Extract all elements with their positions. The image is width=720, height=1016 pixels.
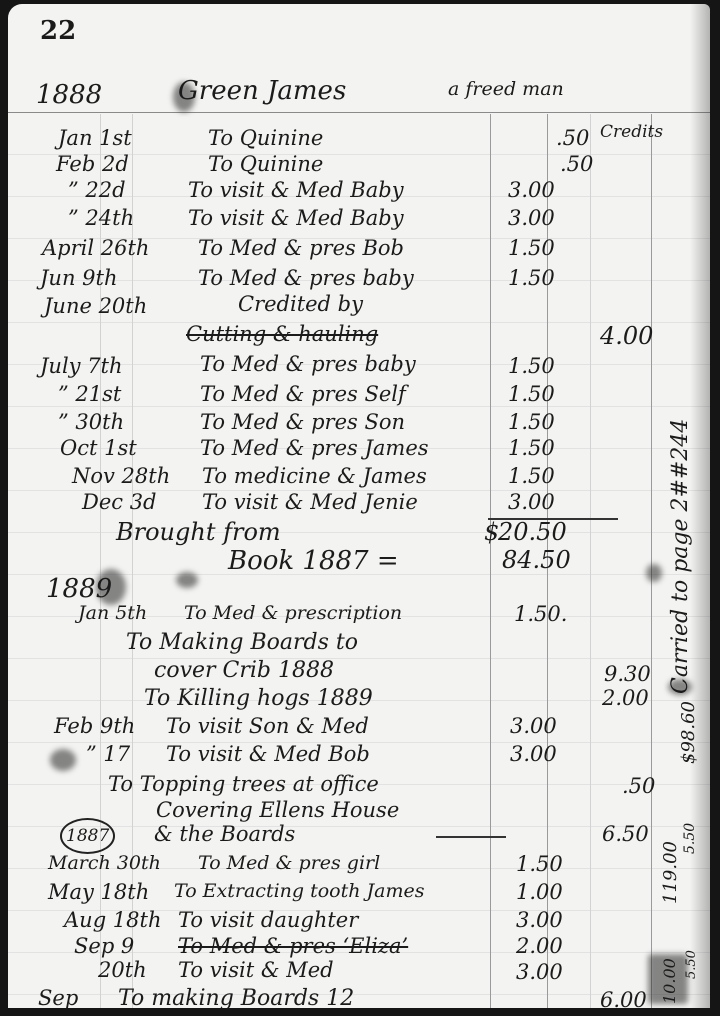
entry-desc: To Med & pres baby — [198, 266, 414, 290]
entry-credit: 6.50 — [602, 822, 649, 846]
entry-date: Sep — [38, 986, 78, 1008]
entry-date: ” 17 — [86, 742, 130, 766]
margin-circled-year: 1887 — [60, 818, 115, 854]
brought-from-label: Brought from — [116, 518, 281, 546]
entry-date: April 26th — [42, 236, 149, 260]
entry-amount: 3.00 — [510, 714, 557, 738]
rule — [8, 532, 710, 533]
entry-desc: To visit & Med Baby — [188, 178, 404, 202]
entry-desc: To Med & pres James — [200, 436, 429, 460]
entry-credit: 6.00 — [600, 988, 647, 1008]
entry-desc: To visit & Med Bob — [166, 742, 370, 766]
entry-desc: To Med & pres Son — [200, 410, 405, 434]
entry-date: ” 22d — [68, 178, 126, 202]
entry-amount: 1.50 — [508, 436, 555, 460]
entry-amount: 1.50 — [516, 852, 563, 876]
entry-credit: 4.00 — [600, 322, 653, 350]
margin-total: 5.50 — [684, 950, 699, 979]
entry-desc: & the Boards — [154, 822, 295, 846]
entry-date: Sep 9 — [74, 934, 134, 958]
subtotal-amount: 20.50 — [498, 518, 567, 546]
entry-desc: To Killing hogs 1889 — [144, 686, 373, 711]
entry-date: Feb 2d — [56, 152, 129, 176]
entry-date: Jan 5th — [78, 602, 147, 624]
entry-date: ” 30th — [58, 410, 124, 434]
subtotal-currency: $ — [484, 518, 499, 546]
entry-amount: 1.50 — [508, 266, 555, 290]
margin-total: 10.00 — [660, 958, 679, 1004]
margin-total: 5.50 — [682, 823, 698, 854]
entry-date: March 30th — [48, 852, 161, 874]
entry-date: Oct 1st — [60, 436, 137, 460]
entry-desc: To Med & pres girl — [198, 852, 380, 874]
entry-date: Dec 3d — [82, 490, 157, 514]
margin-total: 119.00 — [660, 841, 681, 904]
entry-amount: 1.50 — [508, 410, 555, 434]
entry-desc: To Making Boards to — [126, 630, 358, 655]
entry-desc: To Med & pres ‘Eliza’ — [178, 934, 408, 958]
entry-amount: 3.00 — [516, 908, 563, 932]
entry-desc: cover Crib 1888 — [154, 658, 334, 683]
ink-smudge — [176, 572, 198, 588]
column-rule — [590, 114, 591, 1008]
carried-to-page-note: Carried to page 2##244 — [668, 419, 693, 694]
entry-desc: To making Boards 12 — [118, 986, 354, 1008]
entry-desc: Cutting & hauling — [186, 322, 378, 346]
year-1889: 1889 — [46, 574, 112, 604]
entry-desc: To Med & pres Bob — [198, 236, 404, 260]
entry-desc: To Med & pres baby — [200, 352, 416, 376]
entry-desc: To Topping trees at office — [108, 772, 379, 796]
ledger-page: 22 1888 Green James a freed man Credits … — [8, 4, 710, 1008]
entry-desc: To visit & Med Baby — [188, 206, 404, 230]
entry-amount: 2.00 — [516, 934, 563, 958]
rule — [8, 406, 710, 407]
entry-amount: 1.50 — [508, 382, 555, 406]
entry-desc: Credited by — [238, 292, 363, 316]
rule-mark — [436, 836, 506, 838]
ink-smudge — [646, 564, 662, 582]
entry-date: Nov 28th — [72, 464, 170, 488]
entry-desc: To visit & Med Jenie — [202, 490, 418, 514]
entry-date: Feb 9th — [54, 714, 135, 738]
column-rule — [490, 114, 491, 1008]
entry-amount: 1.50 — [508, 236, 555, 260]
entry-amount: 1.50 — [508, 464, 555, 488]
entry-date: Aug 18th — [64, 908, 162, 932]
entry-date: 20th — [98, 958, 147, 982]
entry-date: Jun 9th — [40, 266, 117, 290]
margin-total: $98.60 — [678, 701, 699, 764]
entry-amount: 3.00 — [508, 206, 555, 230]
header-rule — [8, 112, 710, 113]
entry-date: July 7th — [40, 354, 123, 378]
entry-desc: To medicine & James — [202, 464, 427, 488]
entry-amount: 3.00 — [508, 490, 555, 514]
entry-desc: To Med & prescription — [184, 602, 402, 624]
entry-amount: 3.00 — [508, 178, 555, 202]
entry-amount: 1.00 — [516, 880, 563, 904]
brought-forward-amount: 84.50 — [502, 546, 571, 574]
entry-credit: .50 — [622, 774, 655, 798]
entry-desc: Covering Ellens House — [156, 798, 399, 822]
rule — [8, 658, 710, 659]
credits-label: Credits — [600, 122, 663, 142]
page-number: 22 — [40, 16, 76, 46]
entry-amount: 3.00 — [510, 742, 557, 766]
header-year: 1888 — [36, 80, 102, 110]
ink-smudge — [50, 749, 76, 771]
entry-credit: 9.30 — [604, 662, 651, 686]
entry-amount: 3.00 — [516, 960, 563, 984]
entry-amount: 1.50. — [514, 602, 567, 626]
entry-desc: To Quinine — [208, 152, 323, 176]
account-name: Green James — [178, 76, 346, 106]
entry-desc: To Extracting tooth James — [174, 880, 424, 902]
entry-desc: To visit Son & Med — [166, 714, 369, 738]
entry-desc: To Quinine — [208, 126, 323, 150]
entry-amount: .50 — [556, 126, 589, 150]
entry-credit: 2.00 — [602, 686, 649, 710]
entry-desc: To Med & pres Self — [200, 382, 406, 406]
brought-from-book: Book 1887 = — [228, 546, 399, 576]
account-note: a freed man — [448, 78, 564, 100]
entry-date: May 18th — [48, 880, 149, 904]
entry-amount: 1.50 — [508, 354, 555, 378]
entry-date: ” 21st — [58, 382, 121, 406]
entry-date: Jan 1st — [58, 126, 132, 150]
entry-date: June 20th — [44, 294, 147, 318]
entry-desc: To visit daughter — [178, 908, 358, 932]
entry-desc: To visit & Med — [178, 958, 334, 982]
entry-date: ” 24th — [68, 206, 134, 230]
column-rule — [651, 114, 652, 1008]
entry-amount: .50 — [560, 152, 593, 176]
